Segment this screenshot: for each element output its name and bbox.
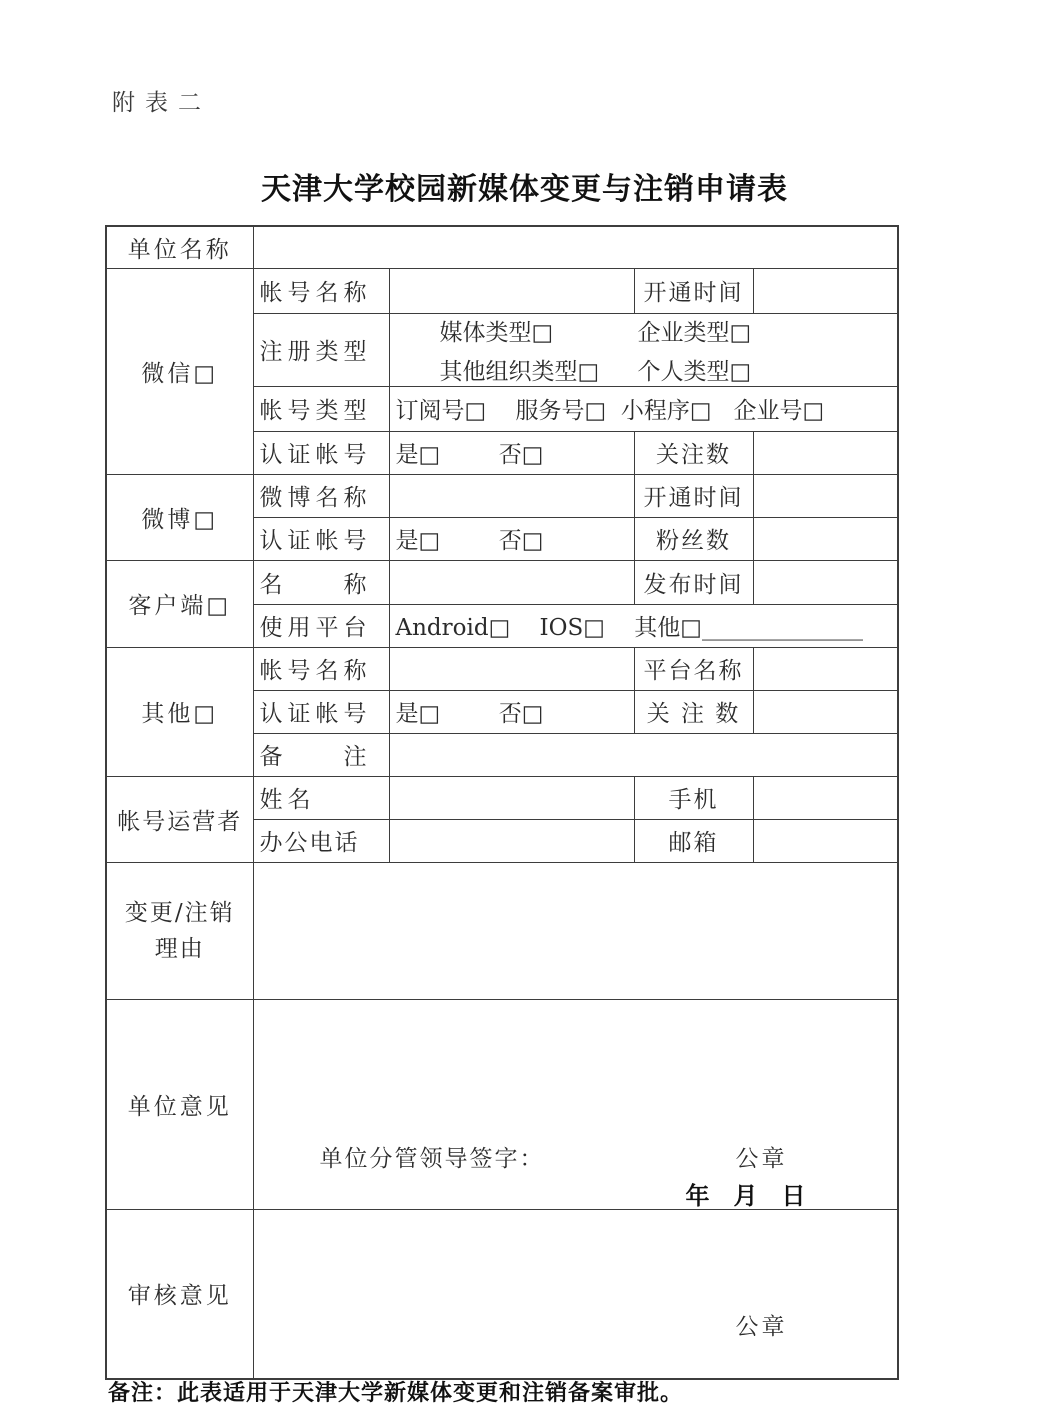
- weibo-name-label: 微博名称: [253, 474, 389, 517]
- wechat-account-name-value-cell: [389, 268, 634, 313]
- reg-type-other-org-checkbox: 其他组织类型□: [440, 353, 638, 386]
- other-platform-name-value-cell: [753, 647, 898, 690]
- client-name-label: 名 称: [253, 560, 389, 604]
- reason-label-line1: 变更/注销: [113, 895, 247, 931]
- wechat-verified-options: 是□ 否□: [389, 431, 634, 474]
- other-verified-label: 认证帐号: [253, 690, 389, 733]
- table-row: 客户端□ 名 称 发布时间: [106, 560, 898, 604]
- operator-office-phone-value-cell: [389, 819, 634, 862]
- weibo-name-value-cell: [389, 474, 634, 517]
- unit-opinion-label: 单位意见: [106, 999, 253, 1209]
- client-publish-time-value-cell: [753, 560, 898, 604]
- wechat-followers-value-cell: [753, 431, 898, 474]
- other-account-name-value-cell: [389, 647, 634, 690]
- page-title: 天津大学校园新媒体变更与注销申请表: [0, 164, 1049, 208]
- unit-opinion-cell: 单位分管领导签字： 公章 年 月 日: [253, 999, 898, 1209]
- other-remark-label: 备 注: [253, 733, 389, 776]
- table-row: 变更/注销 理由: [106, 862, 898, 999]
- client-platform-label: 使用平台: [253, 604, 389, 647]
- unit-leader-signature-label: 单位分管领导签字：: [320, 1140, 545, 1173]
- other-verified-options: 是□ 否□: [389, 690, 634, 733]
- operator-name-value-cell: [389, 776, 634, 819]
- table-row: 微博□ 微博名称 开通时间: [106, 474, 898, 517]
- other-remark-value-cell: [389, 733, 898, 776]
- unit-opinion-date-label: 年 月 日: [686, 1176, 806, 1210]
- scanned-form-page: 附表二 天津大学校园新媒体变更与注销申请表 单位名称 微信□ 帐号名称 开通时间…: [0, 0, 1049, 1425]
- operator-email-value-cell: [753, 819, 898, 862]
- weibo-fans-value-cell: [753, 517, 898, 560]
- other-platform-name-label: 平台名称: [634, 647, 753, 690]
- wechat-account-type-options: 订阅号□ 服务号□ 小程序□ 企业号□: [389, 386, 898, 431]
- wechat-section-label: 微信□: [106, 268, 253, 474]
- unit-name-value-cell: [253, 226, 898, 268]
- review-official-seal-label: 公章: [736, 1308, 788, 1341]
- wechat-open-time-label: 开通时间: [634, 268, 753, 313]
- weibo-verified-options: 是□ 否□: [389, 517, 634, 560]
- other-account-name-label: 帐号名称: [253, 647, 389, 690]
- reason-label-line2: 理由: [113, 931, 247, 967]
- table-row: 帐号运营者 姓名 手机: [106, 776, 898, 819]
- wechat-account-type-label: 帐号类型: [253, 386, 389, 431]
- wechat-reg-type-options-cell: 媒体类型□ 企业类型□ 其他组织类型□ 个人类型□: [389, 313, 898, 386]
- unit-official-seal-label: 公章: [736, 1140, 788, 1173]
- wechat-open-time-value-cell: [753, 268, 898, 313]
- other-followers-value-cell: [753, 690, 898, 733]
- wechat-followers-label: 关注数: [634, 431, 753, 474]
- operator-name-label: 姓名: [253, 776, 389, 819]
- wechat-reg-type-label: 注册类型: [253, 313, 389, 386]
- reason-value-cell: [253, 862, 898, 999]
- weibo-fans-label: 粉丝数: [634, 517, 753, 560]
- footer-note: 备注：此表适用于天津大学新媒体变更和注销备案审批。: [108, 1376, 683, 1407]
- other-section-label: 其他□: [106, 647, 253, 776]
- wechat-account-name-label: 帐号名称: [253, 268, 389, 313]
- table-row: 单位名称: [106, 226, 898, 268]
- other-followers-label: 关 注 数: [634, 690, 753, 733]
- wechat-verified-label: 认证帐号: [253, 431, 389, 474]
- reg-type-enterprise-checkbox: 企业类型□: [638, 314, 892, 347]
- reason-label: 变更/注销 理由: [106, 862, 253, 999]
- review-opinion-label: 审核意见: [106, 1209, 253, 1379]
- review-opinion-cell: 公章: [253, 1209, 898, 1379]
- application-form-table: 单位名称 微信□ 帐号名称 开通时间 注册类型 媒体类型□ 企业类型□ 其他组织…: [105, 225, 899, 1380]
- weibo-open-time-value-cell: [753, 474, 898, 517]
- client-section-label: 客户端□: [106, 560, 253, 647]
- reg-type-media-checkbox: 媒体类型□: [440, 314, 638, 347]
- table-row: 单位意见 单位分管领导签字： 公章 年 月 日: [106, 999, 898, 1209]
- operator-mobile-label: 手机: [634, 776, 753, 819]
- weibo-open-time-label: 开通时间: [634, 474, 753, 517]
- operator-section-label: 帐号运营者: [106, 776, 253, 862]
- client-publish-time-label: 发布时间: [634, 560, 753, 604]
- client-platform-options: Android□ IOS□ 其他□______________: [389, 604, 898, 647]
- unit-name-label: 单位名称: [106, 226, 253, 268]
- operator-mobile-value-cell: [753, 776, 898, 819]
- table-row: 审核意见 公章: [106, 1209, 898, 1379]
- operator-office-phone-label: 办公电话: [253, 819, 389, 862]
- reg-type-personal-checkbox: 个人类型□: [638, 353, 892, 386]
- table-row: 微信□ 帐号名称 开通时间: [106, 268, 898, 313]
- weibo-section-label: 微博□: [106, 474, 253, 560]
- annex-label: 附表二: [112, 84, 211, 117]
- weibo-verified-label: 认证帐号: [253, 517, 389, 560]
- operator-email-label: 邮箱: [634, 819, 753, 862]
- client-name-value-cell: [389, 560, 634, 604]
- table-row: 其他□ 帐号名称 平台名称: [106, 647, 898, 690]
